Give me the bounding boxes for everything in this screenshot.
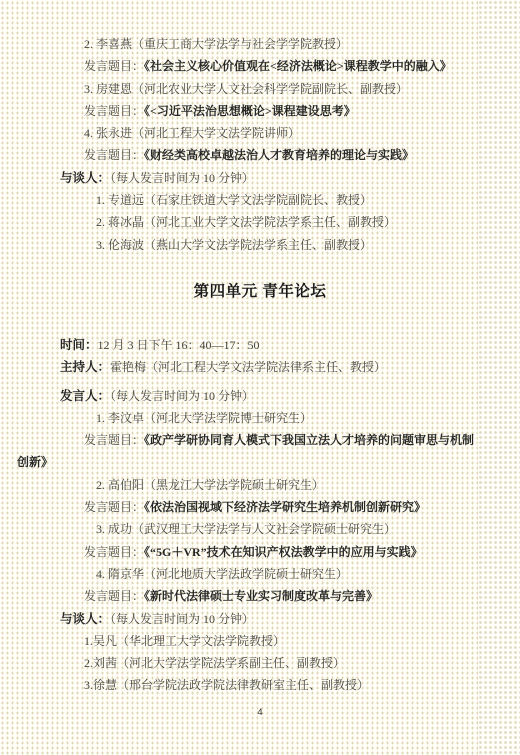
doc-line: 发言题目：《“5G＋VR”技术在知识产权法教学中的应用与实践》 — [84, 541, 520, 563]
line-label: 发言人： — [60, 389, 110, 403]
line-text: 4. 张永进（河北工程大学文法学院讲师） — [84, 126, 300, 140]
page-number: 4 — [0, 707, 520, 718]
line-text: 3. 房建恩（河北农业大学人文社会科学学院副院长、副教授） — [84, 82, 408, 96]
doc-line: 1.吴凡（华北理工大学文法学院教授） — [84, 630, 520, 652]
talk-title: 《“5G＋VR”技术在知识产权法教学中的应用与实践》 — [144, 545, 423, 559]
line-text: 发言题目： — [84, 104, 144, 118]
talk-title: 《依法治国视域下经济法学研究生培养机制创新研究》 — [144, 500, 426, 514]
section-unit3-lines: 2. 李喜燕（重庆工商大学法学与社会学学院教授）发言题目：《社会主义核心价值观在… — [0, 33, 520, 256]
line-label: 与谈人： — [60, 171, 110, 185]
talk-title: 《社会主义核心价值观在<经济法概论>课程教学中的融入》 — [144, 59, 452, 73]
doc-line: 发言题目：《财经类高校卓越法治人才教育培养的理论与实践》 — [84, 144, 520, 166]
line-text: （每人发言时间为 10 分钟） — [110, 171, 254, 185]
line-text: 霍艳梅（河北工程大学文法学院法律系主任、教授） — [110, 360, 386, 374]
talk-title: 《政产学研协同育人模式下我国立法人才培养的问题审思与机制 — [144, 433, 474, 447]
line-text: 发言题目： — [84, 500, 144, 514]
line-text: 12 月 3 日下午 16：40—17：50 — [98, 338, 260, 352]
doc-line: 3. 成功（武汉理工大学法学与人文社会学院硕士研究生） — [96, 518, 520, 540]
line-text: 3. 成功（武汉理工大学法学与人文社会学院硕士研究生） — [96, 522, 396, 536]
doc-line: 发言题目：《社会主义核心价值观在<经济法概论>课程教学中的融入》 — [84, 55, 520, 77]
line-text: 1. 专道远（石家庄铁道大学文法学院副院长、教授） — [96, 193, 372, 207]
doc-line: 1. 专道远（石家庄铁道大学文法学院副院长、教授） — [96, 189, 520, 211]
doc-line: 发言题目：《新时代法律硕士专业实习制度改革与完善》 — [84, 585, 520, 607]
line-text: （每人发言时间为 10 分钟） — [110, 612, 254, 626]
page-right-edge — [478, 0, 520, 755]
line-label: 时间： — [60, 338, 98, 352]
line-label: 主持人： — [60, 360, 110, 374]
talk-title: 《<习近平法治思想概论>课程建设思考》 — [144, 104, 356, 118]
line-text: 1. 李汶卓（河北大学法学院博士研究生） — [96, 411, 312, 425]
line-text: 发言题目： — [84, 148, 144, 162]
line-text: 2. 蒋冰晶（河北工业大学文法学院法学系主任、副教授） — [96, 215, 396, 229]
section-unit4-lines: 时间：12 月 3 日下午 16：40—17：50主持人：霍艳梅（河北工程大学文… — [0, 334, 520, 697]
line-text: 发言题目： — [84, 589, 144, 603]
line-text: 发言题目： — [84, 433, 144, 447]
doc-line: 发言题目：《依法治国视域下经济法学研究生培养机制创新研究》 — [84, 496, 520, 518]
line-text: 2. 李喜燕（重庆工商大学法学与社会学学院教授） — [84, 37, 348, 51]
doc-line: 2.刘茜（河北大学法学院法学系副主任、副教授） — [84, 652, 520, 674]
line-text: 3.徐慧（邢台学院法政学院法律教研室主任、副教授） — [84, 678, 369, 692]
doc-line: 发言题目：《政产学研协同育人模式下我国立法人才培养的问题审思与机制 — [84, 429, 520, 451]
doc-line: 4. 张永进（河北工程大学文法学院讲师） — [84, 122, 520, 144]
line-text: 2. 高伯阳（黑龙江大学法学院硕士研究生） — [96, 478, 324, 492]
line-text: （每人发言时间为 10 分钟） — [110, 389, 254, 403]
line-text: 2.刘茜（河北大学法学院法学系副主任、副教授） — [84, 656, 345, 670]
doc-line: 2. 蒋冰晶（河北工业大学文法学院法学系主任、副教授） — [96, 211, 520, 233]
doc-line: 与谈人：（每人发言时间为 10 分钟） — [60, 608, 520, 630]
section-heading: 第四单元 青年论坛 — [0, 282, 520, 302]
doc-line: 发言人：（每人发言时间为 10 分钟） — [60, 385, 520, 407]
document-content: 2. 李喜燕（重庆工商大学法学与社会学学院教授）发言题目：《社会主义核心价值观在… — [0, 33, 520, 697]
line-text: 发言题目： — [84, 545, 144, 559]
line-label: 与谈人： — [60, 612, 110, 626]
line-text: 4. 隋京华（河北地质大学法政学院硕士研究生） — [96, 567, 348, 581]
doc-line: 发言题目：《<习近平法治思想概论>课程建设思考》 — [84, 100, 520, 122]
doc-line: 3.徐慧（邢台学院法政学院法律教研室主任、副教授） — [84, 674, 520, 696]
talk-title: 创新》 — [17, 455, 53, 469]
doc-line: 1. 李汶卓（河北大学法学院博士研究生） — [96, 407, 520, 429]
talk-title: 《新时代法律硕士专业实习制度改革与完善》 — [144, 589, 378, 603]
line-text: 3. 伦海波（燕山大学文法学院法学系主任、副教授） — [96, 238, 372, 252]
document-page: 2. 李喜燕（重庆工商大学法学与社会学学院教授）发言题目：《社会主义核心价值观在… — [0, 0, 520, 755]
line-text: 发言题目： — [84, 59, 144, 73]
doc-line: 3. 房建恩（河北农业大学人文社会科学学院副院长、副教授） — [84, 78, 520, 100]
doc-line: 创新》 — [17, 451, 520, 473]
doc-line: 2. 高伯阳（黑龙江大学法学院硕士研究生） — [96, 474, 520, 496]
talk-title: 《财经类高校卓越法治人才教育培养的理论与实践》 — [144, 148, 414, 162]
doc-line: 与谈人：（每人发言时间为 10 分钟） — [60, 167, 520, 189]
line-text: 1.吴凡（华北理工大学文法学院教授） — [84, 634, 285, 648]
doc-line: 主持人：霍艳梅（河北工程大学文法学院法律系主任、教授） — [60, 356, 520, 378]
doc-line: 3. 伦海波（燕山大学文法学院法学系主任、副教授） — [96, 234, 520, 256]
doc-line: 时间：12 月 3 日下午 16：40—17：50 — [60, 334, 520, 356]
doc-line: 2. 李喜燕（重庆工商大学法学与社会学学院教授） — [84, 33, 520, 55]
doc-line: 4. 隋京华（河北地质大学法政学院硕士研究生） — [96, 563, 520, 585]
